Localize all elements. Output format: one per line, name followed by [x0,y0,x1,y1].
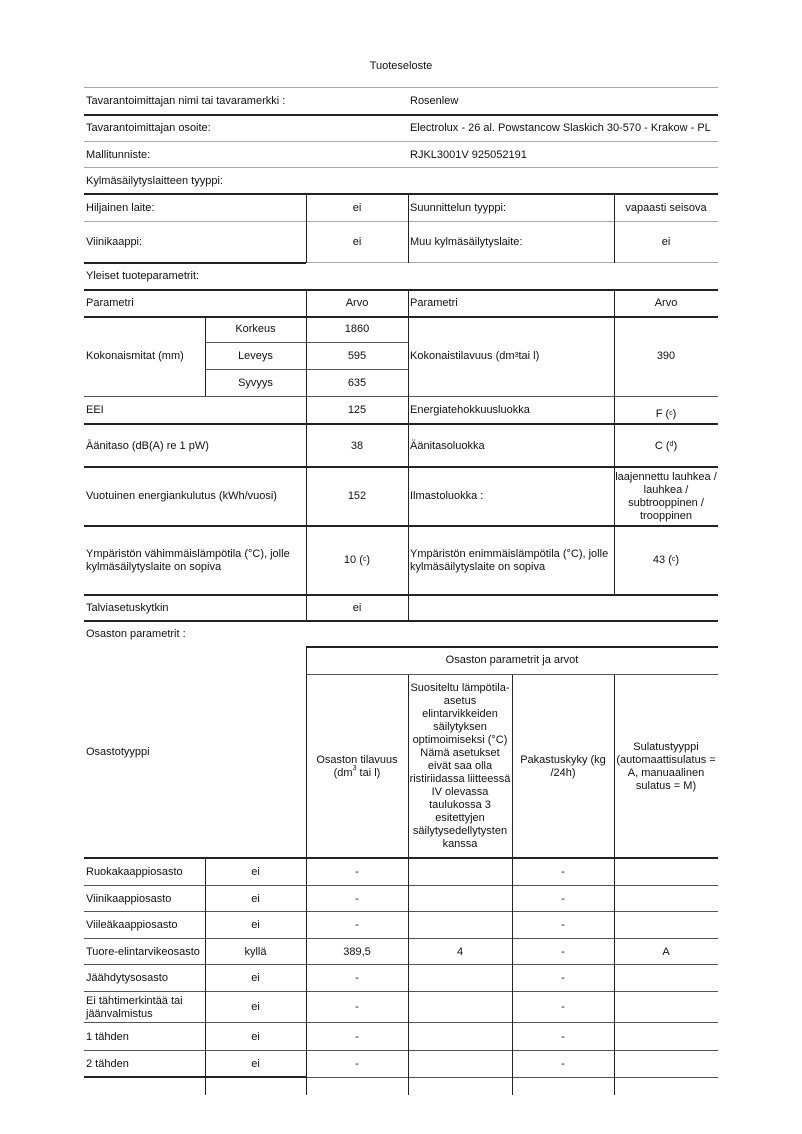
energy-class-label: Energiatehokkuusluokka [408,397,530,424]
col-value-header-2: Arvo [614,290,718,316]
supplier-name-label: Tavarantoimittajan nimi tai tavaramerkki… [84,88,285,115]
eei-label: EEI [84,397,104,424]
dimensions-label: Kokonaismitat (mm) [84,317,184,396]
compartment-present: ei [205,992,306,1023]
design-type-value: vapaasti seisova [614,195,718,221]
noise-label: Äänitaso (dB(A) re 1 pW) [84,425,209,467]
compartment-name: Viileäkaappiosasto [84,912,203,939]
col-temp-header: Suositeltu lämpötila-asetus elintarvikke… [408,675,512,858]
compartment-volume: 389,5 [306,939,408,965]
model-value: RJKL3001V 925052191 [408,142,527,168]
supplier-name-value: Rosenlew [408,88,458,115]
compartment-name: Tuore-elintarvikeosasto [84,939,203,965]
compartment-temp [408,912,512,939]
total-volume-value: 390 [614,317,718,396]
compartment-volume: - [306,886,408,912]
wine-cabinet-value: ei [306,222,408,262]
min-temp-label: Ympäristön vähimmäislämpötila (°C), joll… [84,527,306,594]
grid-line [408,675,409,1095]
eei-value: 125 [306,397,408,424]
compartment-present: ei [205,965,306,992]
total-volume-label: Kokonaistilavuus (dm3 tai l) [408,317,539,396]
compartment-name: Viinikaappiosasto [84,886,203,912]
compartment-name: 2 tähden [84,1051,203,1078]
grid-line [306,290,307,621]
compartment-defrost: A [614,939,718,965]
general-heading: Yleiset tuoteparametrit: [84,263,199,289]
width-label: Leveys [205,343,306,369]
compartment-temp [408,965,512,992]
compartment-present: ei [205,859,306,886]
col-value-header: Arvo [306,290,408,316]
supplier-address-value: Electrolux - 26 al. Powstancow Slaskich … [408,115,711,141]
compartment-defrost [614,886,718,912]
grid-line [614,290,615,595]
compartment-volume: - [306,992,408,1023]
height-label: Korkeus [205,317,306,342]
grid-line [205,317,206,396]
model-label: Mallitunniste: [84,142,150,168]
compartment-freeze: - [512,939,614,965]
compartment-freeze: - [512,912,614,939]
compartment-temp [408,1051,512,1078]
col-freeze-header: Pakastuskyky (kg /24h) [512,675,614,858]
compartment-freeze: - [512,859,614,886]
compartment-type-header: Osastotyyppi [84,647,150,858]
grid-line [408,194,409,263]
annual-energy-label: Vuotuinen energiankulutus (kWh/vuosi) [84,468,277,525]
divider [306,262,718,263]
winter-switch-value: ei [306,596,408,620]
compartment-name: 1 tähden [84,1023,203,1051]
col-defrost-header: Sulatustyyppi (automaattisulatus = A, ma… [614,675,718,858]
col-volume-header: Osaston tilavuus (dm3 tai l) [306,675,408,858]
compartment-volume: - [306,912,408,939]
width-value: 595 [306,343,408,369]
compartment-volume: - [306,859,408,886]
group-header: Osaston parametrit ja arvot [306,647,718,674]
compartment-defrost [614,992,718,1023]
divider [84,1076,306,1078]
compartment-temp [408,992,512,1023]
compartment-present: kyllä [205,939,306,965]
compartment-freeze: - [512,965,614,992]
col-param-header-2: Parametri [408,290,458,316]
grid-line [614,194,615,263]
supplier-address-label: Tavarantoimittajan osoite: [84,115,211,141]
compartment-defrost [614,965,718,992]
compartment-present: ei [205,1051,306,1078]
compartment-present: ei [205,912,306,939]
compartment-temp [408,859,512,886]
compartment-volume: - [306,1023,408,1051]
climate-class-label: Ilmastoluokka : [408,468,483,525]
document-title: Tuoteseloste [0,60,802,72]
noise-class-label: Äänitasoluokka [408,425,485,467]
depth-value: 635 [306,370,408,396]
other-appliance-label: Muu kylmäsäilytyslaite: [408,222,522,262]
max-temp-value: 43 (c) [614,527,718,594]
grid-line [205,858,206,1095]
compartment-freeze: - [512,1051,614,1078]
compartment-defrost [614,1023,718,1051]
compartment-temp [408,1023,512,1051]
compartment-temp [408,886,512,912]
annual-energy-value: 152 [306,468,408,525]
design-type-label: Suunnittelun tyyppi: [408,195,506,221]
compartment-volume: - [306,965,408,992]
compartments-heading: Osaston parametrit : [84,622,186,646]
max-temp-label: Ympäristön enimmäislämpötila (°C), jolle… [408,527,614,594]
compartment-defrost [614,859,718,886]
compartment-freeze: - [512,886,614,912]
winter-switch-label: Talviasetuskytkin [84,596,169,620]
divider [84,141,718,142]
noise-value: 38 [306,425,408,467]
min-temp-value: 10 (c) [306,527,408,594]
quiet-appliance-value: ei [306,195,408,221]
compartment-temp: 4 [408,939,512,965]
quiet-appliance-label: Hiljainen laite: [84,195,154,221]
col-param-header: Parametri [84,290,134,316]
grid-line [306,194,307,263]
climate-class-value: laajennettu lauhkea / lauhkea / subtroop… [614,468,718,525]
compartment-defrost [614,912,718,939]
compartment-present: ei [205,1023,306,1051]
compartment-freeze: - [512,1023,614,1051]
grid-line [614,675,615,1095]
compartment-present: ei [205,886,306,912]
depth-label: Syvyys [205,370,306,396]
compartment-name: Jäähdytysosasto [84,965,203,992]
compartment-name: Ei tähtimerkintää tai jäänvalmistus [84,992,203,1023]
other-appliance-value: ei [614,222,718,262]
wine-cabinet-label: Viinikaappi: [84,222,142,262]
compartment-defrost [614,1051,718,1078]
grid-line [408,290,409,621]
grid-line [306,647,307,1095]
compartment-volume: - [306,1051,408,1078]
noise-class-value: C (d) [614,425,718,467]
height-value: 1860 [306,317,408,342]
grid-line [512,675,513,1095]
compartment-freeze: - [512,992,614,1023]
compartment-name: Ruokakaappiosasto [84,859,203,886]
appliance-type-heading: Kylmäsäilytyslaitteen tyyppi: [84,168,223,194]
